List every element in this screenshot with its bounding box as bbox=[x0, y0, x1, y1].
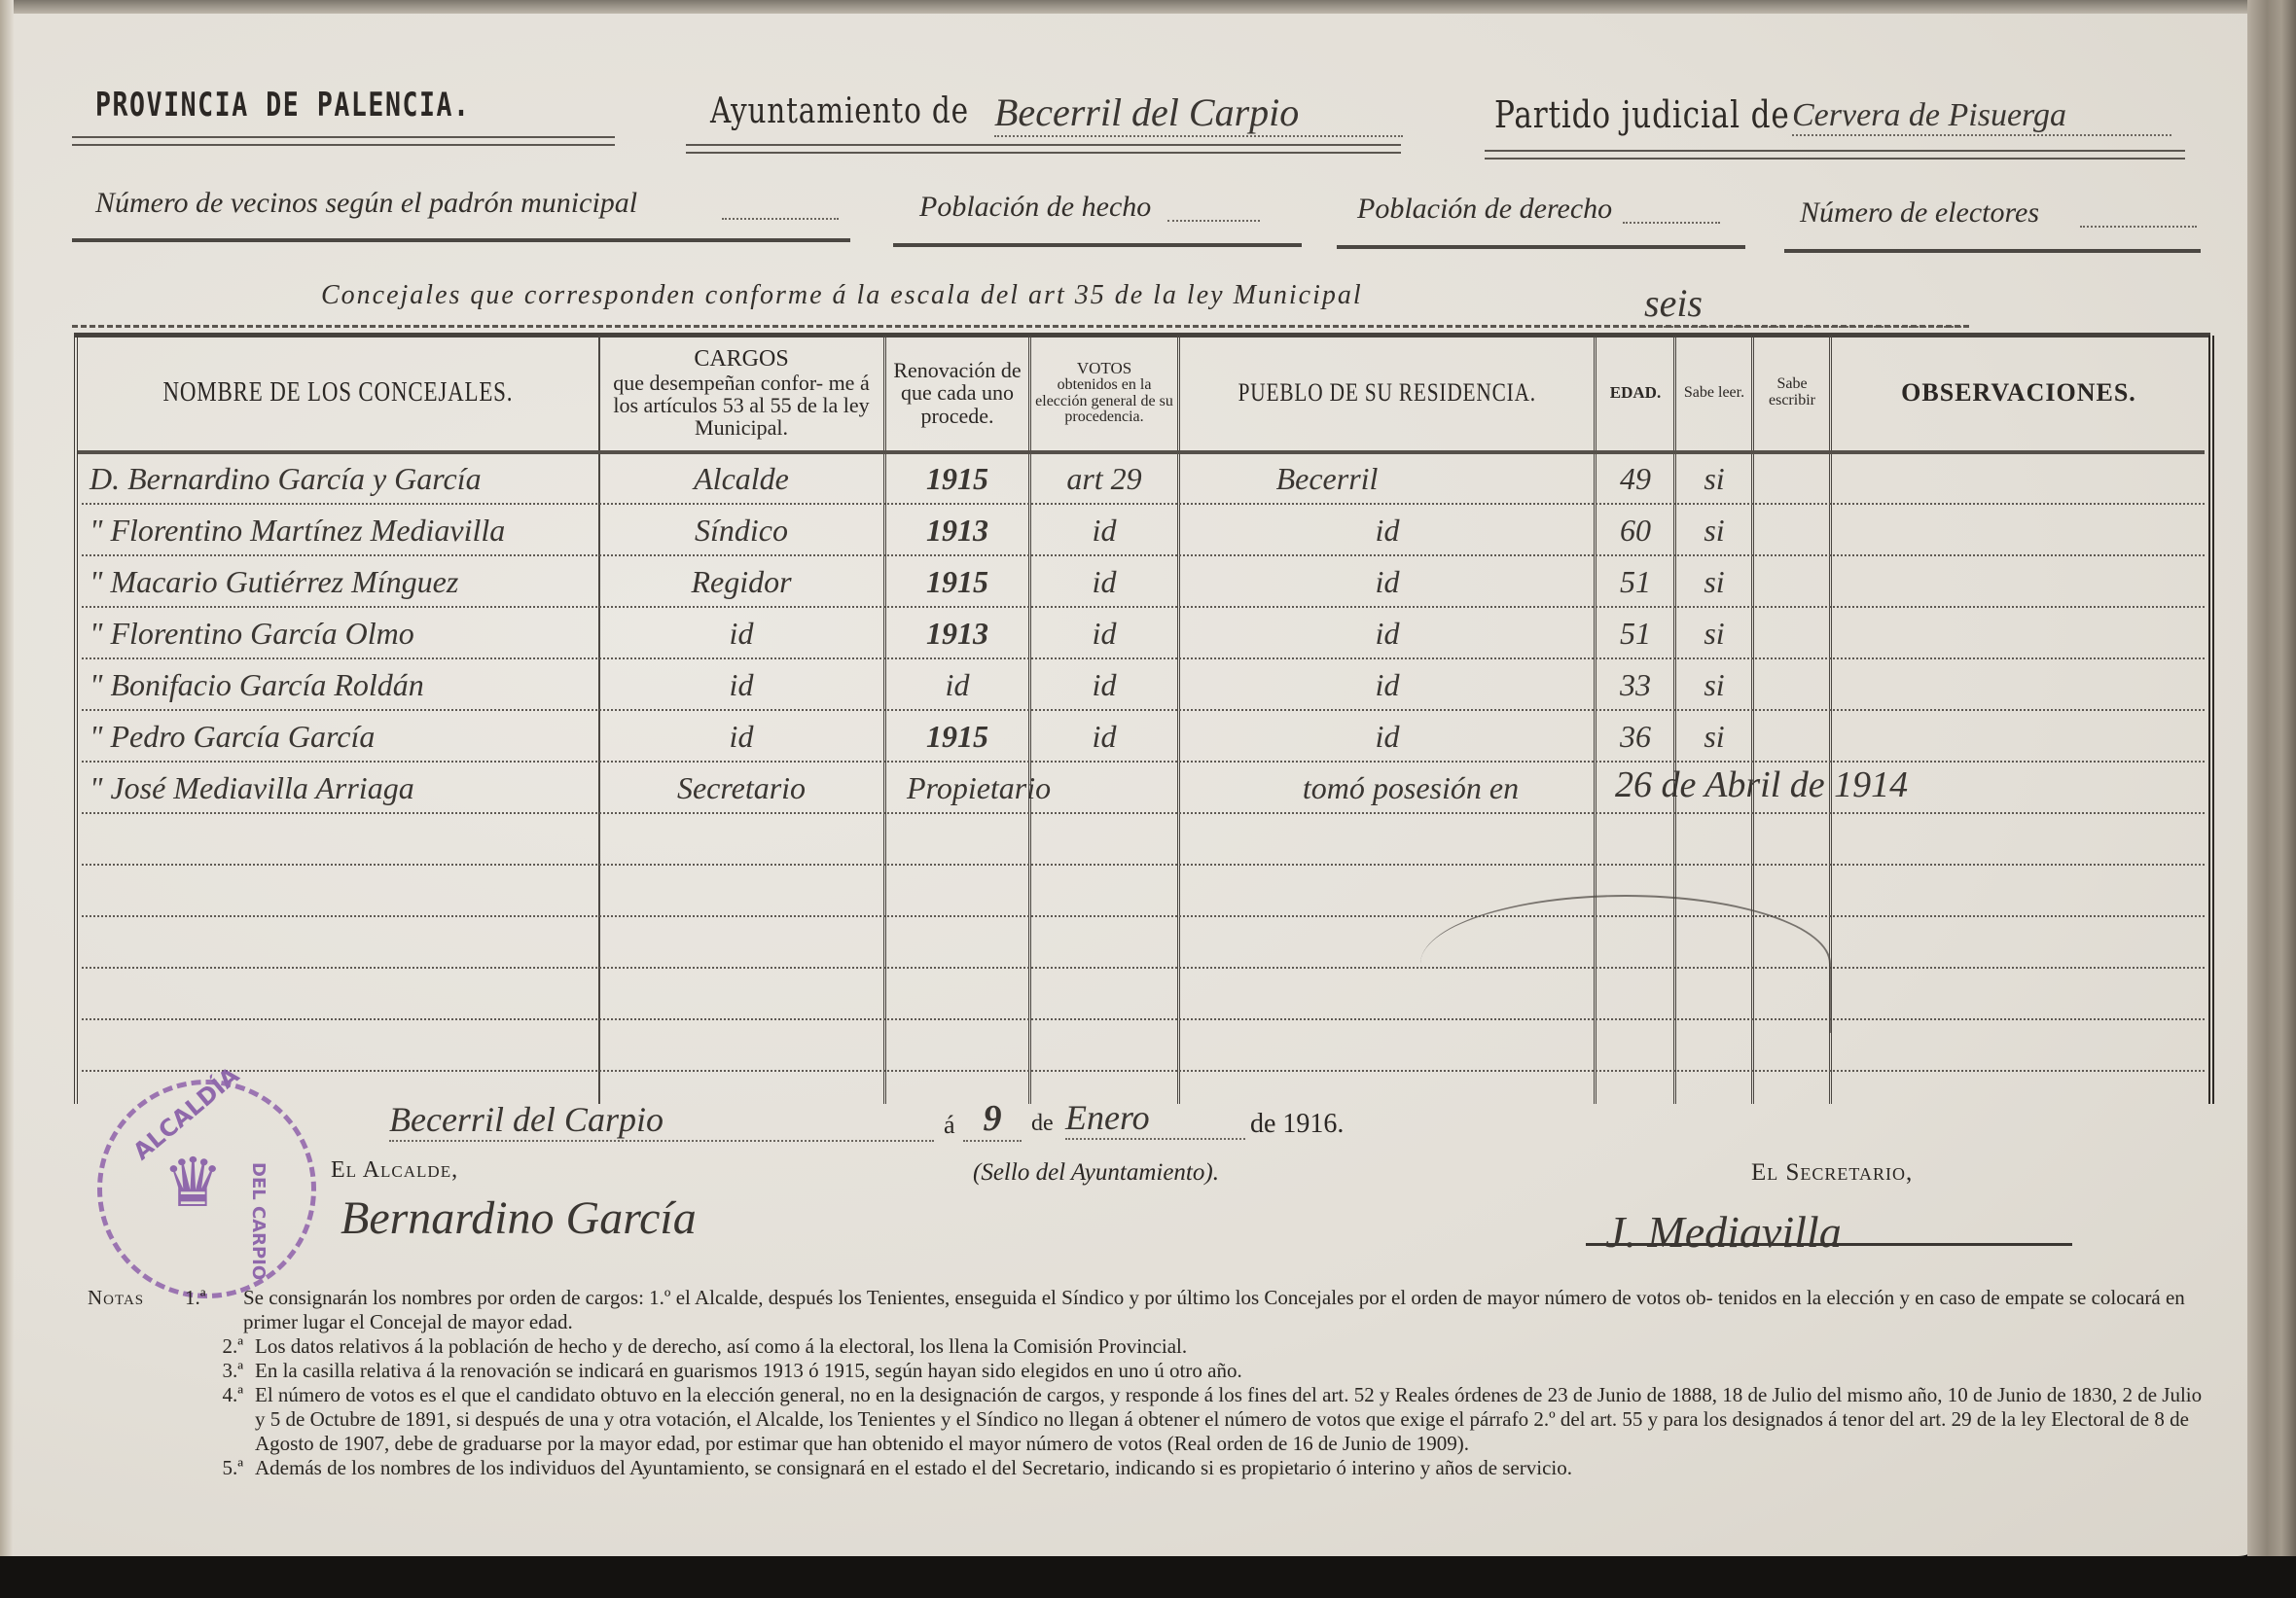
cell-renovacion: id bbox=[946, 667, 970, 703]
header-votos-title: VOTOS bbox=[1077, 360, 1131, 377]
divider bbox=[1784, 249, 2201, 253]
divider bbox=[1485, 150, 2185, 160]
secretario-signature: J. Mediavilla bbox=[1605, 1206, 1842, 1258]
date-month: Enero bbox=[1065, 1097, 1245, 1140]
cell-votos: art 29 bbox=[1066, 461, 1141, 497]
cell-edad: 49 bbox=[1620, 461, 1651, 497]
cell-sabe-leer: si bbox=[1704, 616, 1724, 652]
cell-cargo: Regidor bbox=[691, 564, 791, 600]
notes-section: Notas 1.ª Se consignarán los nombres por… bbox=[88, 1286, 2208, 1480]
header-observaciones: OBSERVACIONES. bbox=[1833, 336, 2205, 450]
note-num: 1.ª bbox=[185, 1286, 243, 1334]
concejales-label: Concejales que corresponden conforme á l… bbox=[321, 280, 1363, 311]
cell-edad: 36 bbox=[1620, 719, 1651, 755]
table-row: D. Bernardino García y García bbox=[78, 452, 598, 503]
cell-cargo: Síndico bbox=[695, 513, 788, 549]
cell-pueblo: id bbox=[1376, 719, 1400, 755]
cell-edad: 33 bbox=[1620, 667, 1651, 703]
header-cargos-title: CARGOS bbox=[694, 347, 788, 372]
poblacion-hecho-label: Población de hecho bbox=[919, 191, 1151, 224]
date-de: de bbox=[1031, 1111, 1054, 1137]
partido-label: Partido judicial de bbox=[1494, 93, 1790, 136]
note-num: 5.ª bbox=[88, 1456, 255, 1480]
cell-cargo: Secretario bbox=[677, 770, 806, 806]
notes-label: Notas bbox=[88, 1286, 185, 1334]
councillors-table: NOMBRE DE LOS CONCEJALES. CARGOS que des… bbox=[74, 336, 2214, 1104]
divider bbox=[72, 238, 850, 242]
cell-edad: 51 bbox=[1620, 616, 1651, 652]
cell-nombre: D. Bernardino García y García bbox=[90, 461, 482, 497]
cell-sabe-leer: si bbox=[1704, 513, 1724, 549]
cell-votos: id bbox=[1093, 616, 1117, 652]
alcalde-label: El Alcalde, bbox=[331, 1157, 458, 1184]
date-a: á bbox=[944, 1111, 955, 1140]
note-num: 3.ª bbox=[88, 1359, 255, 1383]
electores-value bbox=[2080, 226, 2197, 228]
table-row: " Florentino Martínez Mediavilla bbox=[78, 504, 598, 554]
ayuntamiento-value: Becerril del Carpio bbox=[994, 89, 1403, 137]
cell-pueblo: id bbox=[1376, 667, 1400, 703]
header-sabe-leer-text: Sabe leer. bbox=[1684, 385, 1744, 402]
electores-label: Número de electores bbox=[1800, 196, 2039, 230]
date-year: de 1916. bbox=[1250, 1109, 1344, 1140]
cell-pueblo: Becerril bbox=[1276, 461, 1379, 497]
row-line bbox=[82, 967, 2205, 969]
note-1: Notas 1.ª Se consignarán los nombres por… bbox=[88, 1286, 2208, 1334]
divider bbox=[893, 243, 1302, 247]
header-sabe-escribir: Sabe escribir bbox=[1755, 336, 1829, 450]
table-row: " Pedro García García bbox=[78, 710, 598, 761]
cell-renovacion: Propietario bbox=[907, 770, 1051, 806]
cell-votos: id bbox=[1093, 667, 1117, 703]
cell-nombre: " Florentino Martínez Mediavilla bbox=[90, 513, 505, 549]
poblacion-derecho-value bbox=[1623, 222, 1720, 224]
page-left-edge bbox=[0, 0, 14, 1556]
provincia-title: PROVINCIA DE PALENCIA. bbox=[95, 86, 471, 124]
note-text: Además de los nombres de los individuos … bbox=[255, 1456, 2208, 1480]
note-text: Se consignarán los nombres por orden de … bbox=[243, 1286, 2208, 1334]
table-row: " Bonifacio García Roldán bbox=[78, 658, 598, 709]
note-2: 2.ª Los datos relativos á la población d… bbox=[88, 1334, 2208, 1359]
header-cargos-sub: que desempeñan confor- me á los artículo… bbox=[603, 372, 880, 439]
note-text: El número de votos es el que el candidat… bbox=[255, 1383, 2208, 1456]
header-observaciones-text: OBSERVACIONES. bbox=[1901, 379, 2136, 406]
header-sabe-leer: Sabe leer. bbox=[1677, 336, 1751, 450]
page-top-edge bbox=[0, 0, 2267, 14]
cell-renovacion: 1915 bbox=[926, 564, 988, 600]
sello-label: (Sello del Ayuntamiento). bbox=[973, 1159, 1219, 1187]
table-row: " José Mediavilla Arriaga bbox=[78, 762, 598, 812]
cell-votos: id bbox=[1093, 513, 1117, 549]
alcalde-signature: Bernardino García bbox=[341, 1191, 697, 1245]
municipal-seal: ALCALDÍA DEL CARPIO ♛ bbox=[97, 1080, 316, 1298]
cell-renovacion: 1913 bbox=[926, 513, 988, 549]
divider bbox=[686, 144, 1401, 154]
cell-pueblo: id bbox=[1376, 564, 1400, 600]
date-place: Becerril del Carpio bbox=[389, 1099, 934, 1142]
header-pueblo-text: PUEBLO DE SU RESIDENCIA. bbox=[1238, 379, 1536, 406]
row-line bbox=[82, 1070, 2205, 1072]
header-edad: EDAD. bbox=[1597, 336, 1673, 450]
ayuntamiento-label: Ayuntamiento de bbox=[710, 91, 969, 131]
cell-pueblo: id bbox=[1376, 513, 1400, 549]
poblacion-derecho-label: Población de derecho bbox=[1357, 193, 1612, 226]
note-4: 4.ª El número de votos es el que el cand… bbox=[88, 1383, 2208, 1456]
cell-edad: 51 bbox=[1620, 564, 1651, 600]
header-nombre-text: NOMBRE DE LOS CONCEJALES. bbox=[163, 378, 514, 407]
cell-renovacion: 1913 bbox=[926, 616, 988, 652]
cell-cargo: id bbox=[730, 616, 754, 652]
table-row: " Macario Gutiérrez Mínguez bbox=[78, 555, 598, 606]
row-line bbox=[82, 915, 2205, 917]
pen-mark bbox=[1420, 895, 1831, 1033]
cell-cargo: id bbox=[730, 667, 754, 703]
vecinos-label: Número de vecinos según el padrón munici… bbox=[95, 187, 637, 220]
cell-renovacion: 1915 bbox=[926, 719, 988, 755]
cell-nombre: " Florentino García Olmo bbox=[90, 616, 414, 652]
header-nombre: NOMBRE DE LOS CONCEJALES. bbox=[78, 336, 598, 450]
note-text: En la casilla relativa á la renovación s… bbox=[255, 1359, 2208, 1383]
note-num: 4.ª bbox=[88, 1383, 255, 1456]
note-5: 5.ª Además de los nombres de los individ… bbox=[88, 1456, 2208, 1480]
vecinos-value bbox=[722, 218, 839, 220]
note-num: 2.ª bbox=[88, 1334, 255, 1359]
divider bbox=[72, 136, 615, 146]
row-line bbox=[82, 864, 2205, 866]
cell-sabe-leer: si bbox=[1704, 667, 1724, 703]
cell-nombre: " Pedro García García bbox=[90, 719, 375, 755]
note-text: Los datos relativos á la población de he… bbox=[255, 1334, 2208, 1359]
header-sabe-escribir-text: Sabe escribir bbox=[1755, 376, 1829, 409]
note-3: 3.ª En la casilla relativa á la renovaci… bbox=[88, 1359, 2208, 1383]
header-votos: VOTOS obtenidos en la elección general d… bbox=[1032, 336, 1176, 450]
cell-votos: id bbox=[1093, 564, 1117, 600]
divider bbox=[1337, 245, 1745, 249]
header-pueblo: PUEBLO DE SU RESIDENCIA. bbox=[1181, 336, 1594, 450]
cell-sabe-leer: si bbox=[1704, 461, 1724, 497]
cell-edad: 60 bbox=[1620, 513, 1651, 549]
secretario-label: El Secretario, bbox=[1751, 1159, 1913, 1187]
concejales-value: seis bbox=[1644, 280, 1965, 328]
signature-flourish bbox=[1586, 1243, 2072, 1246]
cell-pueblo: id bbox=[1376, 616, 1400, 652]
cell-nombre: " José Mediavilla Arriaga bbox=[90, 770, 414, 806]
cell-cargo: id bbox=[730, 719, 754, 755]
cell-nombre: " Bonifacio García Roldán bbox=[90, 667, 424, 703]
cell-nombre: " Macario Gutiérrez Mínguez bbox=[90, 564, 458, 600]
header-votos-sub: obtenidos en la elección general de su p… bbox=[1032, 377, 1176, 426]
cell-renovacion: 1915 bbox=[926, 461, 988, 497]
seal-text-side: DEL CARPIO bbox=[248, 1162, 269, 1280]
cell-pueblo: tomó posesión en bbox=[1303, 770, 1519, 806]
header-cargos: CARGOS que desempeñan confor- me á los a… bbox=[600, 336, 882, 450]
table-row: " Florentino García Olmo bbox=[78, 607, 598, 657]
header-renovacion: Renovación de que cada uno procede. bbox=[887, 336, 1027, 450]
row-line bbox=[82, 812, 2205, 814]
book-binding bbox=[2247, 0, 2296, 1556]
cell-votos: id bbox=[1093, 719, 1117, 755]
header-renovacion-text: Renovación de que cada uno procede. bbox=[887, 359, 1027, 426]
cell-sabe-leer: si bbox=[1704, 719, 1724, 755]
cell-sabe-leer: si bbox=[1704, 564, 1724, 600]
poblacion-hecho-value bbox=[1167, 220, 1260, 222]
divider bbox=[72, 325, 1969, 328]
partido-value: Cervera de Pisuerga bbox=[1792, 97, 2171, 136]
cell-cargo: Alcalde bbox=[694, 461, 789, 497]
cell-edad: 26 de Abril de 1914 bbox=[1615, 763, 1908, 806]
row-line bbox=[82, 1018, 2205, 1020]
date-day: 9 bbox=[963, 1097, 1022, 1142]
crown-icon: ♛ bbox=[162, 1143, 224, 1223]
header-edad-text: EDAD. bbox=[1610, 384, 1661, 402]
